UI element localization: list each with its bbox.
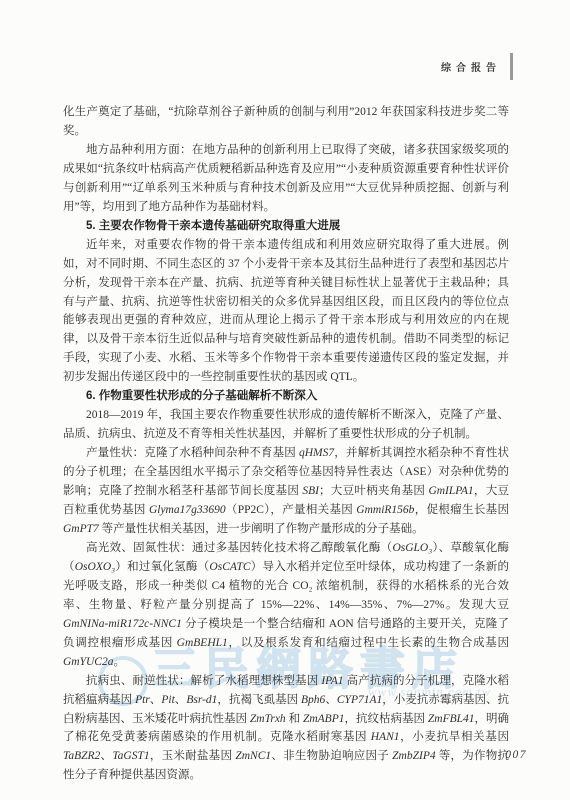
text-run: 、 bbox=[325, 694, 337, 706]
gene-name: Glyma17g33690 bbox=[149, 504, 226, 516]
gene-name: Bph6 bbox=[301, 694, 325, 706]
page-header: 综合报告 bbox=[441, 53, 513, 80]
text-run: 6. 作物重要性状形成的分子基础解析不断深入 bbox=[86, 390, 317, 402]
gene-name: GmPT7 bbox=[63, 523, 99, 535]
gene-name: OsCATC bbox=[209, 561, 250, 573]
text-run: ；大豆叶柄夹角基因 bbox=[319, 485, 428, 497]
document-page: 综合报告 三民網路書店 www.sanmin.com.tw 化生产奠定了基础，“… bbox=[0, 0, 570, 800]
text-run: ，促根瘤生长基因 bbox=[414, 504, 509, 516]
text-run: ，小麦抗旱相关基因 bbox=[400, 731, 510, 743]
text-run: 等产量性状相关基因，进一步阐明了作物产量形成的分子基础。 bbox=[99, 523, 424, 535]
text-run: ，以及根系发育和结瘤过程中生长素的生物合成基因 bbox=[228, 637, 509, 649]
gene-name: ZmTrxh bbox=[250, 713, 286, 725]
text-run: 化生产奠定了基础，“抗除草剂谷子新种质的创制与利用”2012 年获国家科技进步奖… bbox=[63, 106, 509, 137]
text-run: 、 bbox=[150, 694, 162, 706]
gene-name: GmILPA1 bbox=[428, 485, 473, 497]
text-run: 抗病虫、耐逆性状：解析了水稻理想株型基因 bbox=[86, 675, 321, 687]
text-run: 和 bbox=[286, 713, 303, 725]
gene-name: ZmABP1 bbox=[303, 713, 345, 725]
gene-name: qHMS7 bbox=[299, 447, 334, 459]
section-heading: 6. 作物重要性状形成的分子基础解析不断深入 bbox=[63, 387, 509, 406]
gene-name: GmYUC2a bbox=[63, 656, 113, 668]
gene-name: GmNINa-miR172c-NNC1 bbox=[63, 618, 182, 630]
gene-name: ZmNC1 bbox=[235, 750, 271, 762]
text-run: 5. 主要农作物骨干亲本遗传基础研究取得重大进展 bbox=[86, 220, 340, 232]
text-run: 近年来，对重要农作物的骨干亲本遗传组成和利用效应研究取得了重大进展。例如，对不同… bbox=[63, 239, 509, 384]
paragraph: 化生产奠定了基础，“抗除草剂谷子新种质的创制与利用”2012 年获国家科技进步奖… bbox=[63, 103, 509, 141]
gene-name: IPA1 bbox=[321, 675, 343, 687]
paragraph: 地方品种利用方面：在地方品种的创新利用上已取得了突破，诸多获国家级奖项的成果如“… bbox=[63, 141, 509, 217]
header-rule bbox=[510, 53, 513, 80]
paragraph: 2018—2019 年，我国主要农作物重要性状形成的遗传解析不断深入，克隆了产量… bbox=[63, 406, 509, 444]
gene-name: ZmbZIP4 bbox=[392, 750, 435, 762]
paragraph: 高光效、固氮性状：通过多基因转化技术将乙醇酸氧化酶（OsGLO₃）、草酸氧化酶（… bbox=[63, 539, 509, 672]
text-run: 、非生物胁迫响应因子 bbox=[271, 750, 392, 762]
section-label: 综合报告 bbox=[441, 59, 501, 74]
text-run: ，抗纹枯病基因 bbox=[344, 713, 427, 725]
gene-name: OsOXO₃ bbox=[75, 561, 115, 573]
text-run: 地方品种利用方面：在地方品种的创新利用上已取得了突破，诸多获国家级奖项的成果如“… bbox=[63, 144, 509, 213]
gene-name: CYP71A1 bbox=[337, 694, 382, 706]
gene-name: GmmiR156b bbox=[356, 504, 414, 516]
text-run: 、 bbox=[175, 694, 187, 706]
paragraph: 近年来，对重要农作物的骨干亲本遗传组成和利用效应研究取得了重大进展。例如，对不同… bbox=[63, 236, 509, 388]
gene-name: ZmFBL41 bbox=[428, 713, 475, 725]
gene-name: Bsr-d1 bbox=[186, 694, 217, 706]
gene-name: SBI bbox=[302, 485, 319, 497]
text-run: 2018—2019 年，我国主要农作物重要性状形成的遗传解析不断深入，克隆了产量… bbox=[63, 409, 509, 440]
paragraph: 产量性状：克隆了水稻种间杂种不育基因 qHMS7，并解析其调控水稻杂种不育性状的… bbox=[63, 444, 509, 539]
text-run: 、 bbox=[100, 750, 112, 762]
section-heading: 5. 主要农作物骨干亲本遗传基础研究取得重大进展 bbox=[63, 217, 509, 236]
gene-name: OsGLO₃ bbox=[392, 542, 432, 554]
text-run: （PP2C），产量相关基因 bbox=[226, 504, 357, 516]
gene-name: Pit bbox=[161, 694, 174, 706]
gene-name: HAN1 bbox=[371, 731, 400, 743]
gene-name: TaBZR2 bbox=[63, 750, 100, 762]
gene-name: GmBEHL1 bbox=[177, 637, 228, 649]
text-run: ，抗褐飞虱基因 bbox=[217, 694, 301, 706]
page-number: 007 bbox=[505, 749, 527, 761]
text-run: 。 bbox=[113, 656, 125, 668]
text-run: ，玉米耐盐基因 bbox=[150, 750, 236, 762]
gene-name: Ptr bbox=[135, 694, 150, 706]
text-run: ）和过氧化氢酶（ bbox=[115, 561, 209, 573]
gene-name: TaGST1 bbox=[112, 750, 149, 762]
text-run: 高光效、固氮性状：通过多基因转化技术将乙醇酸氧化酶（ bbox=[86, 542, 392, 554]
document-body: 化生产奠定了基础，“抗除草剂谷子新种质的创制与利用”2012 年获国家科技进步奖… bbox=[63, 103, 509, 785]
text-run: 产量性状：克隆了水稻种间杂种不育基因 bbox=[86, 447, 299, 459]
paragraph: 抗病虫、耐逆性状：解析了水稻理想株型基因 IPA1 高产抗病的分子机理，克隆水稻… bbox=[63, 672, 509, 786]
